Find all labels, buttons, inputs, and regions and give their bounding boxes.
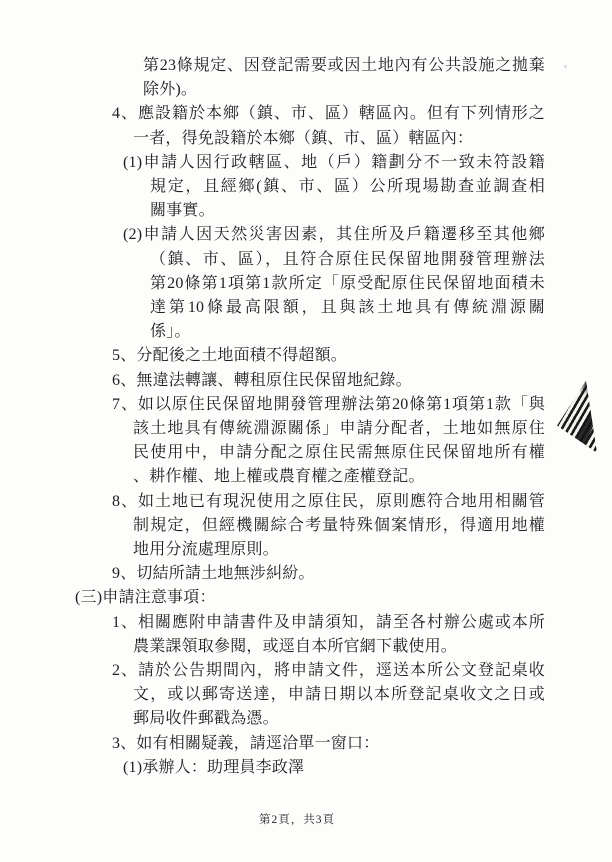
- text-line: 第23條規定、因登記需要或因土地內有公共設施之拋棄: [75, 54, 545, 78]
- scanned-document-page: 第23條規定、因登記需要或因土地內有公共設施之拋棄除外)。4、應設籍於本鄉（鎮、…: [0, 0, 612, 862]
- ink-stamp-icon: [552, 376, 602, 456]
- text-line: 達第10條最高限額，且與該土地具有傳統淵源關: [75, 296, 545, 320]
- text-line: 制規定，但經機關綜合考量特殊個案情形，得適用地權: [75, 514, 545, 538]
- text-line: 、耕作權、地上權或農育權之產權登記。: [75, 465, 545, 489]
- document-lines: 第23條規定、因登記需要或因土地內有公共設施之拋棄除外)。4、應設籍於本鄉（鎮、…: [75, 54, 545, 780]
- text-line: 7、如以原住民保留地開發管理辦法第20條第1項第1款「與: [75, 393, 545, 417]
- text-line: 8、如土地已有現況使用之原住民，原則應符合地用相關管: [75, 490, 545, 514]
- text-line: 9、切結所請土地無涉糾紛。: [75, 562, 545, 586]
- text-line: 規定，且經鄉(鎮、市、區）公所現場勘查並調查相: [75, 175, 545, 199]
- text-line: 5、分配後之土地面積不得超額。: [75, 344, 545, 368]
- text-line: 2、請於公告期間內，將申請文件，逕送本所公文登記桌收: [75, 659, 545, 683]
- text-line: (2)申請人因天然災害因素，其住所及戶籍遷移至其他鄉: [75, 223, 545, 247]
- scan-speck: [564, 65, 567, 68]
- text-line: 除外)。: [75, 78, 545, 102]
- text-line: 3、如有相關疑義，請逕洽單一窗口：: [75, 732, 545, 756]
- text-line: (三)申請注意事項：: [75, 586, 545, 610]
- text-line: 關事實。: [75, 199, 545, 223]
- text-line: （鎮、市、區），且符合原住民保留地開發管理辦法: [75, 248, 545, 272]
- text-line: 一者，得免設籍於本鄉（鎮、市、區）轄區內：: [75, 127, 545, 151]
- text-line: (1)承辦人：助理員李政澤: [75, 756, 545, 780]
- text-line: 民使用中，申請分配之原住民需無原住民保留地所有權: [75, 441, 545, 465]
- text-line: 地用分流處理原則。: [75, 538, 545, 562]
- text-line: 6、無違法轉讓、轉租原住民保留地紀錄。: [75, 369, 545, 393]
- text-line: 係」。: [75, 320, 545, 344]
- text-line: (1)申請人因行政轄區、地（戶）籍劃分不一致未符設籍: [75, 151, 545, 175]
- page-number-footer: 第2頁，共3頁: [0, 811, 594, 827]
- text-line: 郵局收件郵戳為憑。: [75, 707, 545, 731]
- text-line: 第20條第1項第1款所定「原受配原住民保留地面積未: [75, 272, 545, 296]
- text-line: 該土地具有傳統淵源關係」申請分配者，土地如無原住: [75, 417, 545, 441]
- text-line: 文，或以郵寄送達，申請日期以本所登記桌收文之日或: [75, 683, 545, 707]
- text-line: 4、應設籍於本鄉（鎮、市、區）轄區內。但有下列情形之: [75, 102, 545, 126]
- text-line: 1、相關應附申請書件及申請須知，請至各村辦公處或本所: [75, 611, 545, 635]
- text-line: 農業課領取參閱，或逕自本所官網下載使用。: [75, 635, 545, 659]
